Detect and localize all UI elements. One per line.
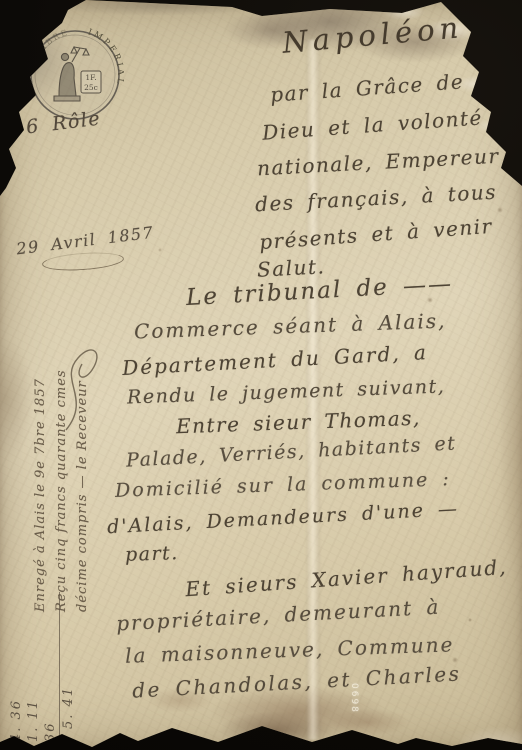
manuscript-line-tribunal: Le tribunal de ——	[186, 271, 454, 311]
signature-squiggle	[66, 350, 97, 430]
manuscript-line: Commerce séant à Alais,	[134, 309, 447, 344]
manuscript-line: propriétaire, demeurant à	[116, 595, 441, 636]
figure-line: 36	[42, 592, 59, 742]
manuscript-line: la maisonneuve, Commune	[125, 632, 455, 667]
manuscript-line: présents et à venir	[258, 214, 493, 254]
manuscript-line-napoleon: Napoléon	[281, 10, 465, 60]
manuscript-line: Et sieurs Xavier hayraud,	[185, 555, 509, 601]
manuscript-line: Domicilié sur la commune :	[115, 468, 451, 502]
figure-line: 4. 36	[8, 592, 25, 742]
margin-signature-flourish	[52, 318, 122, 442]
manuscript-line: d'Alais, Demandeurs d'une —	[107, 498, 460, 538]
manuscript-line: Département du Gard, a	[122, 340, 429, 380]
figure-line: 1. 11	[25, 592, 42, 742]
faint-vertical-watermark: 0698	[349, 683, 359, 714]
manuscript-line: par la Grâce de	[269, 69, 465, 106]
manuscript-line: part.	[125, 542, 179, 566]
stamp-denomination-centimes: 25c	[84, 83, 98, 92]
manuscript-line: Entre sieur Thomas,	[176, 406, 422, 439]
manuscript-line: de Chandolas, et Charles	[132, 661, 462, 702]
manuscript-line: Palade, Verriés, habitants et	[126, 432, 457, 471]
manuscript-line: des français, à tous	[255, 180, 498, 217]
stamp-denomination-francs: 1F.	[85, 73, 96, 82]
manuscript-line: nationale, Empereur	[257, 144, 501, 181]
torn-paper-sheet: IMPERIAL TIMBRE 1F.	[0, 0, 522, 750]
manuscript-line: Dieu et la volonté	[261, 105, 483, 144]
stamp-denomination-tablet: 1F. 25c	[81, 71, 101, 93]
manuscript-line: Rendu le jugement suivant,	[127, 375, 446, 408]
registration-line: Enregé à Alais le 9e 7bre 1857	[30, 282, 51, 612]
photographed-manuscript-page: IMPERIAL TIMBRE 1F.	[0, 0, 522, 750]
figure-total-line: f 5. 41	[59, 592, 77, 742]
margin-account-figures: 4. 36 1. 11 36 f 5. 41	[8, 592, 77, 742]
